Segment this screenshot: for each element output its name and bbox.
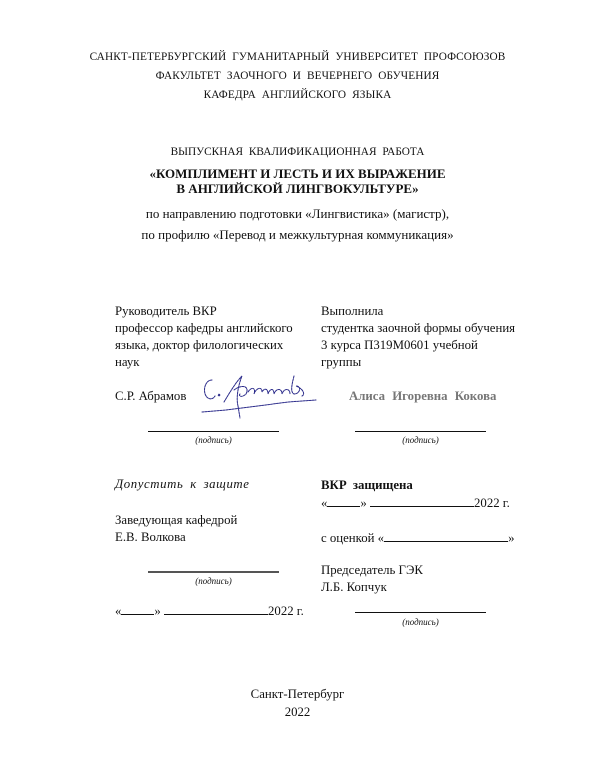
department-head-title: Заведующая кафедрой: [115, 512, 237, 529]
supervisor-position-2: языка, доктор филологических: [115, 337, 283, 354]
gek-chair-signature-caption: (подпись): [355, 617, 486, 627]
department-head-signature-caption: (подпись): [148, 576, 279, 586]
day-blank: [121, 602, 154, 615]
supervisor-signature-caption: (подпись): [148, 435, 279, 445]
gek-chair-signature-line: [355, 612, 486, 613]
supervisor-position-3: наук: [115, 354, 140, 371]
admission-date-field: «» 2022 г.: [115, 602, 304, 620]
date-close-quote: »: [154, 604, 160, 618]
work-title-line-2: В АНГЛИЙСКОЙ ЛИНГВОКУЛЬТУРЕ»: [0, 181, 595, 196]
supervisor-signature-line: [148, 431, 279, 432]
handwritten-signature-icon: [198, 372, 328, 420]
grade-suffix: »: [508, 531, 514, 545]
day-blank: [327, 494, 360, 507]
date-close-quote: »: [360, 496, 366, 510]
supervisor-name: С.Р. Абрамов: [115, 388, 186, 405]
defense-label: ВКР защищена: [321, 477, 413, 494]
student-info-3: группы: [321, 354, 361, 371]
student-info-2: 3 курса П319М0601 учебной: [321, 337, 478, 354]
admission-label: Допустить к защите: [115, 477, 250, 492]
month-blank: [370, 494, 474, 507]
defense-year: 2022 г.: [474, 496, 510, 510]
study-direction: по направлению подготовки «Лингвистика» …: [0, 206, 595, 222]
month-blank: [164, 602, 268, 615]
student-info-1: студентка заочной формы обучения: [321, 320, 515, 337]
gek-chair-title: Председатель ГЭК: [321, 562, 423, 579]
supervisor-position-1: профессор кафедры английского: [115, 320, 293, 337]
department-head-signature-line: [148, 571, 279, 573]
footer-city: Санкт-Петербург: [0, 686, 595, 703]
department-head-name: Е.В. Волкова: [115, 529, 186, 546]
student-label: Выполнила: [321, 303, 383, 320]
department-name: КАФЕДРА АНГЛИЙСКОГО ЯЗЫКА: [0, 89, 595, 101]
student-signature-line: [355, 431, 486, 432]
grade-field: с оценкой «»: [321, 529, 514, 547]
defense-date-field: «» 2022 г.: [321, 494, 510, 512]
gek-chair-name: Л.Б. Копчук: [321, 579, 387, 596]
admission-year: 2022 г.: [268, 604, 304, 618]
grade-blank: [384, 529, 508, 542]
work-title-line-1: «КОМПЛИМЕНТ И ЛЕСТЬ И ИХ ВЫРАЖЕНИЕ: [0, 166, 595, 181]
study-profile: по профилю «Перевод и межкультурная комм…: [0, 227, 595, 243]
faculty-name: ФАКУЛЬТЕТ ЗАОЧНОГО И ВЕЧЕРНЕГО ОБУЧЕНИЯ: [0, 70, 595, 82]
footer-year: 2022: [0, 704, 595, 721]
grade-prefix: с оценкой «: [321, 531, 384, 545]
student-name: Алиса Игоревна Кокова: [349, 389, 496, 404]
work-type: ВЫПУСКНАЯ КВАЛИФИКАЦИОННАЯ РАБОТА: [0, 146, 595, 158]
supervisor-label: Руководитель ВКР: [115, 303, 217, 320]
student-signature-caption: (подпись): [355, 435, 486, 445]
university-name: САНКТ-ПЕТЕРБУРГСКИЙ ГУМАНИТАРНЫЙ УНИВЕРС…: [0, 51, 595, 63]
